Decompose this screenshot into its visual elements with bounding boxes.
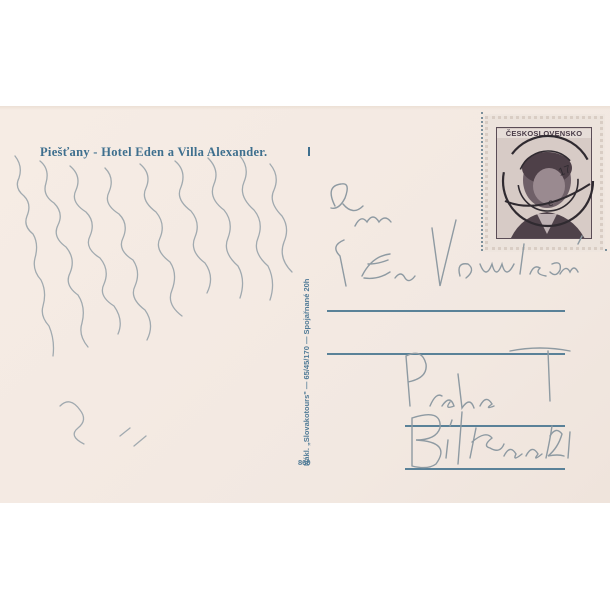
handwritten-message (0, 106, 610, 503)
postcard: Piešťany - Hotel Eden a Villa Alexander.… (0, 106, 610, 503)
